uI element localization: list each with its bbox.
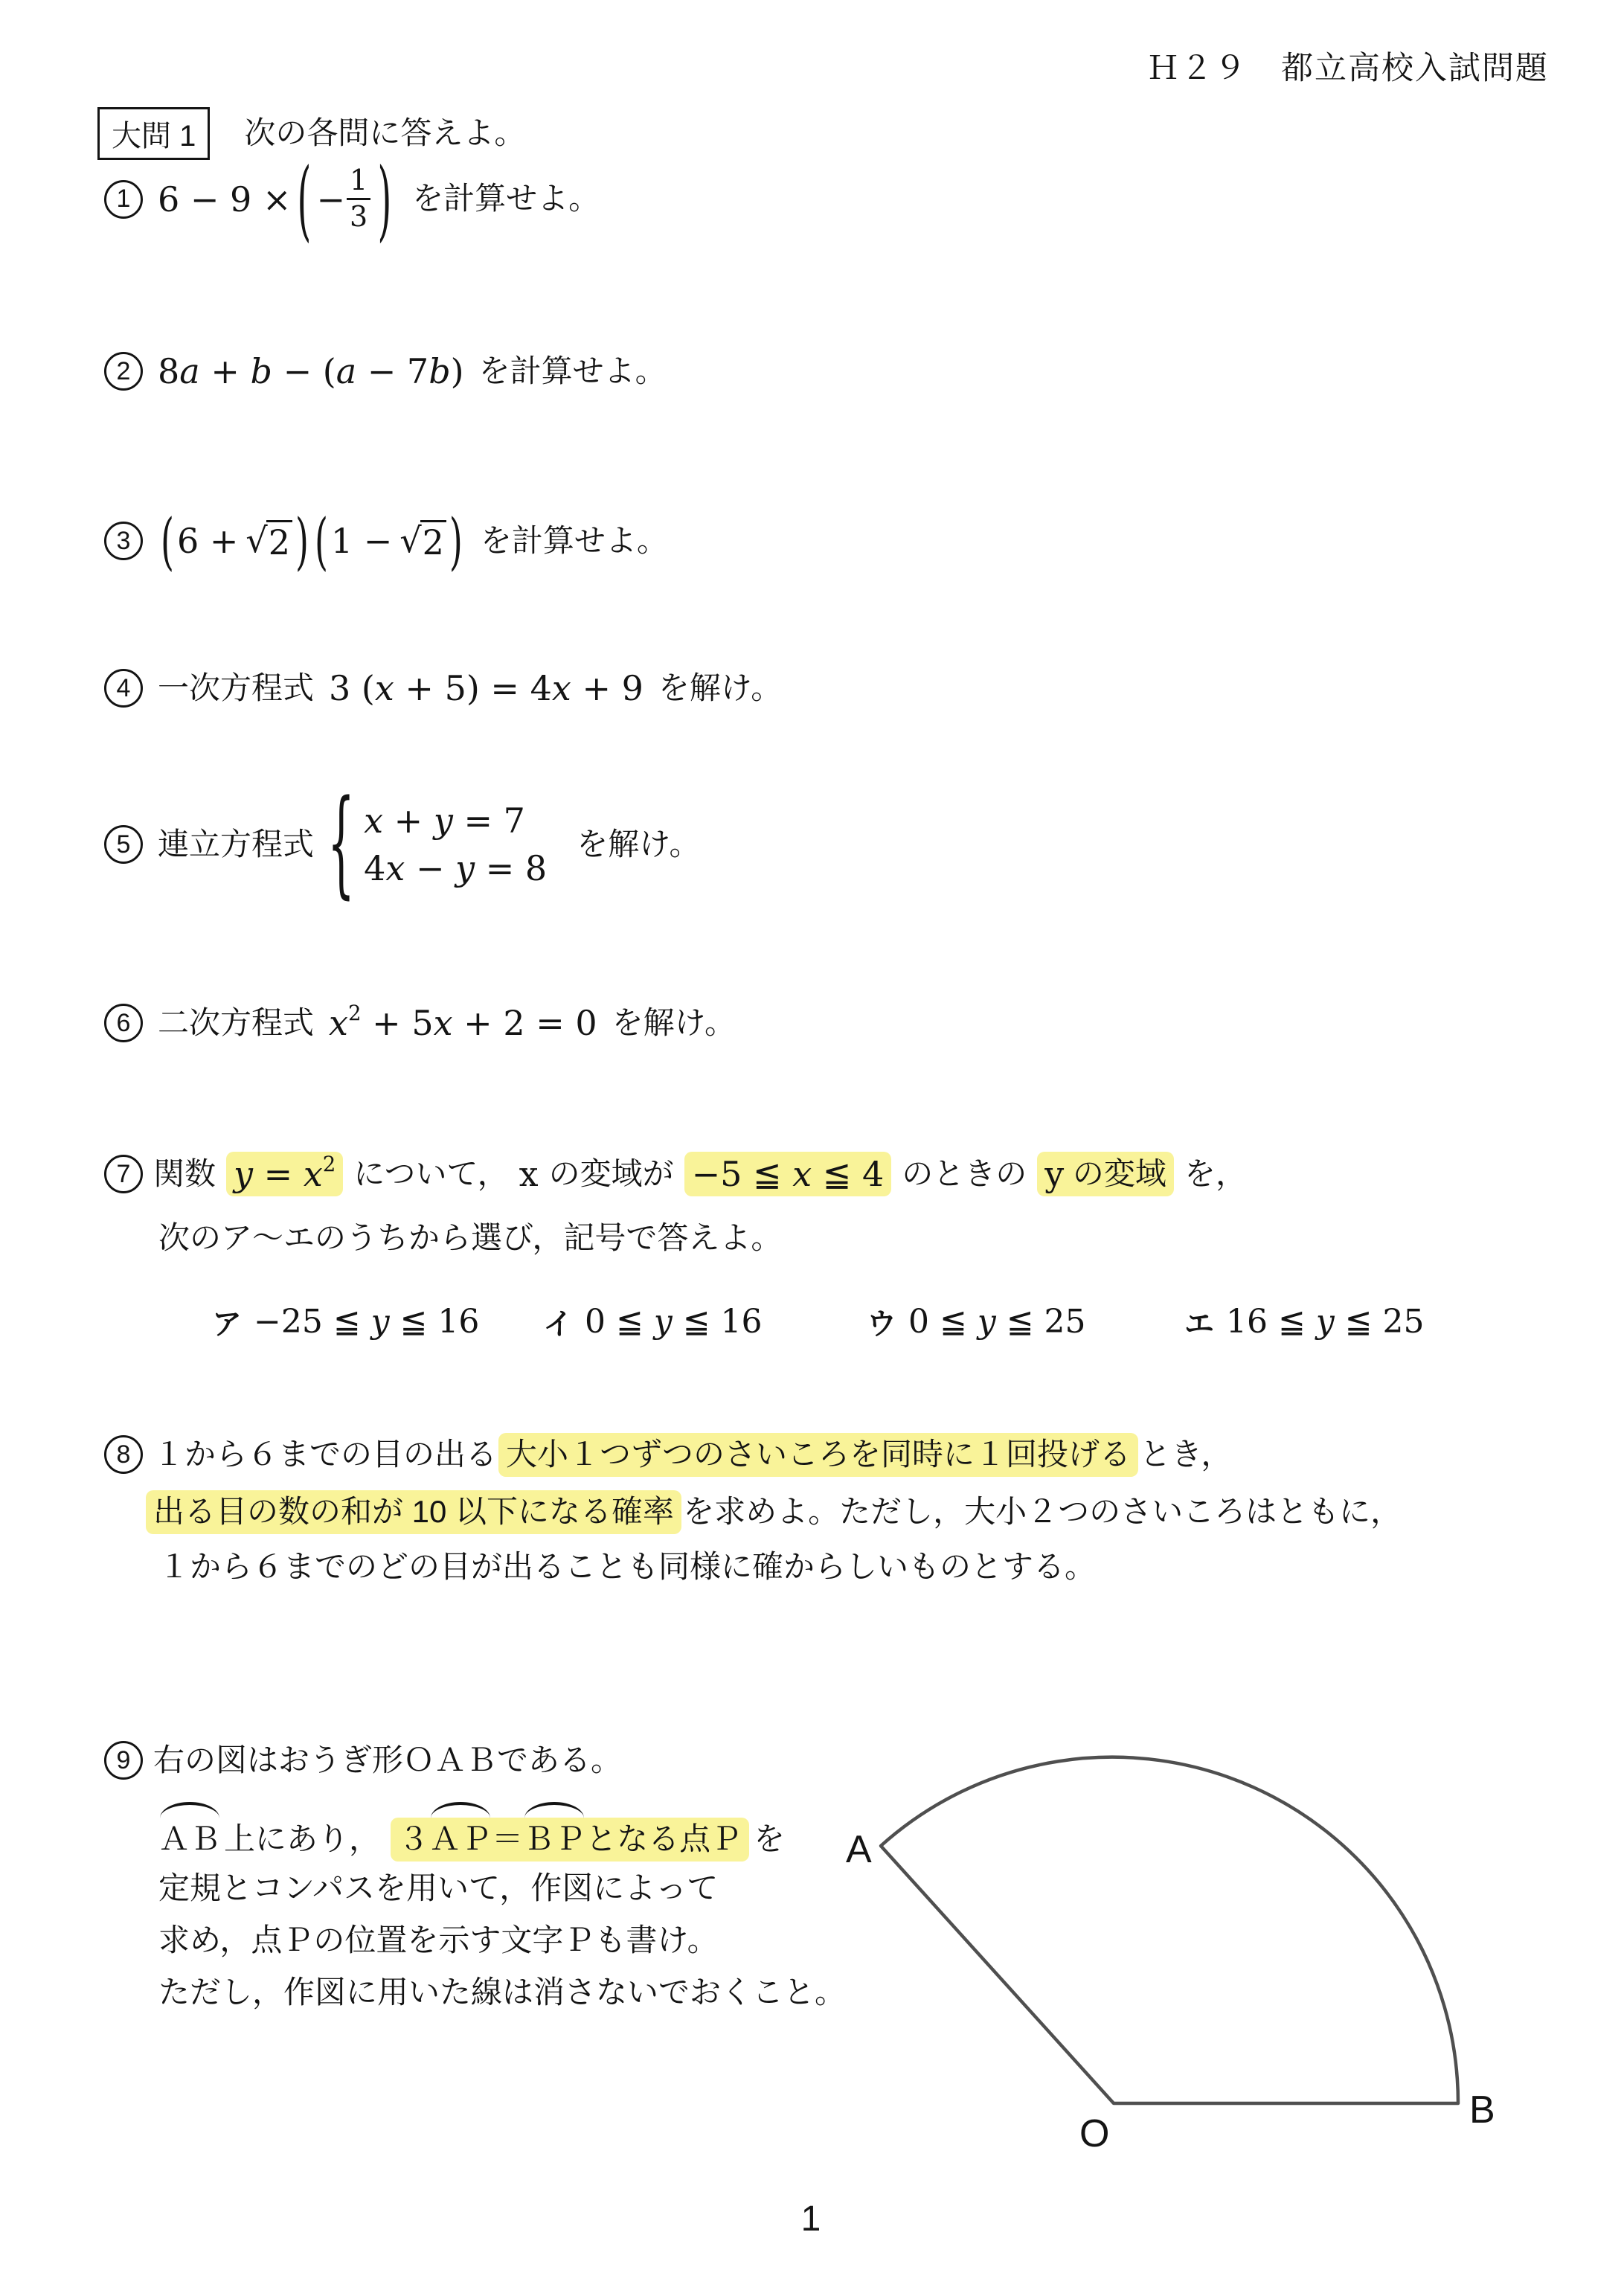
q4-suffix: を解け。 bbox=[658, 669, 782, 708]
question-9-line4: 求め，点Ｐの位置を示す文字Ｐも書け。 bbox=[158, 1921, 719, 1960]
section-instruction: 次の各問に答えよ。 bbox=[244, 114, 525, 153]
arc-symbol bbox=[431, 1802, 491, 1818]
question-7-line2: 次のア～エのうちから選び，記号で答えよ。 bbox=[158, 1219, 782, 1258]
math-token: = bbox=[253, 1154, 304, 1194]
q5-suffix: を解け。 bbox=[577, 825, 700, 865]
q9-text: ＝ bbox=[492, 1821, 523, 1856]
math-token: y bbox=[234, 1154, 253, 1194]
q3-suffix: を計算せよ。 bbox=[481, 522, 668, 561]
math-token: x bbox=[434, 1003, 453, 1043]
fraction: 1 3 bbox=[347, 164, 370, 234]
q7-option-u: ウ 0 ≦ y ≦ 25 bbox=[867, 1301, 1086, 1343]
math-token: −5 ≦ bbox=[692, 1154, 793, 1194]
q1-expression: 6 − 9 × ( − 1 3 ) bbox=[158, 164, 397, 234]
math-token: = 7 bbox=[453, 801, 525, 841]
q5-label: 連立方程式 bbox=[158, 825, 314, 865]
q9-highlight-condition: ３ＡＰ＝ＢＰとなる点Ｐ bbox=[391, 1818, 749, 1862]
math-token: y bbox=[978, 1303, 996, 1341]
question-3: 3 ( 6 + √ 2 ) ( 1 − √ 2 ) を計算せよ。 bbox=[104, 500, 668, 582]
option-label: ア bbox=[212, 1301, 242, 1343]
q7-text: のときの bbox=[902, 1155, 1027, 1194]
question-5-number: 5 bbox=[104, 825, 143, 864]
math-token: x bbox=[385, 848, 405, 888]
math-token: −25 ≦ bbox=[254, 1303, 371, 1341]
q7-text: について， bbox=[353, 1155, 508, 1194]
math-token: y bbox=[455, 848, 475, 888]
math-token: y bbox=[1316, 1303, 1335, 1341]
option-expression: 0 ≦ y ≦ 25 bbox=[908, 1303, 1086, 1341]
q9-text: 右の図はおうぎ形ＯＡＢである。 bbox=[153, 1741, 622, 1780]
q9-text: を bbox=[754, 1820, 785, 1859]
question-4: 4 一次方程式 3 ( x + 5) = 4 x + 9 を解け。 bbox=[104, 668, 782, 708]
q8-text: １から６までのどの目が出ることも同様に確からしいものとする。 bbox=[158, 1548, 1096, 1587]
sector-OAB-figure: A O B bbox=[815, 1730, 1536, 2221]
math-token: ≦ 25 bbox=[996, 1303, 1086, 1341]
option-label: イ bbox=[543, 1301, 573, 1343]
q9-text: ３ bbox=[398, 1821, 429, 1856]
math-token: 4 bbox=[364, 848, 385, 888]
exponent: 2 bbox=[323, 1152, 336, 1176]
q9-text: 定規とコンパスを用いて，作図によって bbox=[158, 1869, 718, 1908]
close-paren: ) bbox=[378, 148, 392, 251]
q9-text: 上にあり， bbox=[224, 1820, 380, 1859]
sqrt-radicand: 2 bbox=[420, 520, 446, 562]
arc-AP: ＡＰ bbox=[429, 1820, 492, 1859]
math-token: x bbox=[552, 668, 571, 708]
question-2: 2 8 a + b − ( a − 7 b ) を計算せよ。 bbox=[104, 351, 667, 391]
q7-x-variable: x bbox=[519, 1154, 539, 1194]
question-1-number: 1 bbox=[104, 180, 143, 219]
arc-BP: ＢＰ bbox=[523, 1820, 585, 1859]
figure-label-A: A bbox=[846, 1828, 872, 1871]
close-paren: ) bbox=[295, 504, 309, 577]
q7-text: の変域が bbox=[549, 1155, 674, 1194]
q7-label: 関数 bbox=[153, 1155, 216, 1194]
q9-text: ＡＰ bbox=[429, 1821, 492, 1856]
open-paren: ( bbox=[297, 148, 311, 251]
question-1: 1 6 − 9 × ( − 1 3 ) を計算せよ。 bbox=[104, 153, 600, 246]
math-token: x bbox=[304, 1154, 323, 1194]
exponent: 2 bbox=[348, 1001, 362, 1025]
open-paren: ( bbox=[315, 504, 328, 577]
q7-option-a: ア −25 ≦ y ≦ 16 bbox=[212, 1301, 479, 1343]
question-7-line1: 7 関数 y = x 2 について， x の変域が −5 ≦ x ≦ 4 のとき… bbox=[104, 1152, 1247, 1196]
math-token: x bbox=[792, 1154, 812, 1194]
q9-text: ただし，作図に用いた線は消さないでおくこと。 bbox=[158, 1973, 846, 2013]
math-token: y bbox=[654, 1303, 673, 1341]
math-token: 3 ( bbox=[329, 668, 375, 708]
question-8-line2: 出る目の数の和が 10 以下になる確率 を求めよ。ただし，大小２つのさいころはと… bbox=[146, 1490, 1402, 1534]
math-token: + 5 bbox=[362, 1003, 434, 1043]
q2-expression: 8 a + b − ( a − 7 b ) bbox=[158, 351, 464, 391]
math-token: 16 ≦ bbox=[1226, 1303, 1316, 1341]
math-token: − 7 bbox=[356, 351, 429, 391]
question-8-number: 8 bbox=[104, 1435, 143, 1474]
q6-expression: x 2 + 5 x + 2 = 0 bbox=[329, 1003, 597, 1043]
math-token: a bbox=[179, 351, 199, 391]
question-3-number: 3 bbox=[104, 522, 143, 560]
question-9-line3: 定規とコンパスを用いて，作図によって bbox=[158, 1869, 718, 1908]
math-token: 8 bbox=[158, 351, 179, 391]
question-9-line2: ＡＢ 上にあり， ３ＡＰ＝ＢＰとなる点Ｐ を bbox=[158, 1818, 785, 1862]
q7-highlight-domain: −5 ≦ x ≦ 4 bbox=[684, 1152, 892, 1196]
question-5: 5 連立方程式 { x + y = 7 4x − y = 8 を解け。 bbox=[104, 785, 701, 904]
system-brace: { bbox=[327, 777, 354, 911]
q8-highlight-dice: 大小１つずつのさいころを同時に１回投げる bbox=[498, 1433, 1138, 1477]
q6-label: 二次方程式 bbox=[158, 1004, 314, 1043]
q9-text: ＡＢ bbox=[158, 1821, 221, 1856]
q1-suffix: を計算せよ。 bbox=[412, 179, 600, 219]
q7-text: の変域 bbox=[1064, 1155, 1166, 1194]
option-expression: −25 ≦ y ≦ 16 bbox=[254, 1303, 479, 1341]
q6-suffix: を解け。 bbox=[612, 1004, 736, 1043]
math-token: 0 ≦ bbox=[908, 1303, 978, 1341]
q7-option-i: イ 0 ≦ y ≦ 16 bbox=[543, 1301, 763, 1343]
option-label: ウ bbox=[867, 1301, 896, 1343]
math-token: y bbox=[1044, 1154, 1064, 1194]
question-6: 6 二次方程式 x 2 + 5 x + 2 = 0 を解け。 bbox=[104, 1003, 736, 1043]
sector-outline bbox=[881, 1757, 1458, 2103]
option-expression: 0 ≦ y ≦ 16 bbox=[585, 1303, 763, 1341]
arc-symbol bbox=[524, 1802, 585, 1818]
close-paren: ) bbox=[449, 504, 463, 577]
question-6-number: 6 bbox=[104, 1004, 143, 1042]
math-token: ≦ 25 bbox=[1335, 1303, 1425, 1341]
math-token: a bbox=[336, 351, 356, 391]
system-equations: x + y = 7 4x − y = 8 bbox=[364, 801, 547, 888]
question-8-line1: 8 １から６までの目の出る 大小１つずつのさいころを同時に１回投げる とき， bbox=[104, 1433, 1232, 1477]
math-token: − ( bbox=[272, 351, 336, 391]
math-token: 0 ≦ bbox=[585, 1303, 654, 1341]
question-7-number: 7 bbox=[104, 1155, 143, 1193]
exam-page: Ｈ２９ 都立高校入試問題 大問 1 次の各問に答えよ。 1 6 − 9 × ( … bbox=[0, 0, 1624, 2296]
math-token: x bbox=[375, 668, 394, 708]
math-token: + 5) = 4 bbox=[394, 668, 552, 708]
q8-text: を求めよ。ただし，大小２つのさいころはともに， bbox=[683, 1492, 1402, 1532]
math-token: + 2 = 0 bbox=[453, 1003, 597, 1043]
math-token: y bbox=[434, 801, 453, 841]
arc-symbol bbox=[160, 1802, 220, 1818]
fraction-denominator: 3 bbox=[347, 198, 370, 234]
q8-highlight-probability: 出る目の数の和が 10 以下になる確率 bbox=[146, 1490, 681, 1534]
q4-label: 一次方程式 bbox=[158, 669, 314, 708]
math-token: ) bbox=[451, 351, 464, 391]
q9-text: となる点Ｐ bbox=[585, 1821, 742, 1856]
math-token: + bbox=[383, 801, 434, 841]
sqrt-sign: √ bbox=[245, 520, 267, 560]
q4-expression: 3 ( x + 5) = 4 x + 9 bbox=[329, 668, 643, 708]
math-token: x bbox=[364, 801, 383, 841]
question-2-number: 2 bbox=[104, 352, 143, 391]
q9-text: 求め，点Ｐの位置を示す文字Ｐも書け。 bbox=[158, 1921, 719, 1960]
q8-text: とき， bbox=[1140, 1435, 1232, 1475]
math-token: y bbox=[371, 1303, 390, 1341]
q7-option-e: エ 16 ≦ y ≦ 25 bbox=[1184, 1301, 1425, 1343]
question-9-line1: 9 右の図はおうぎ形ＯＡＢである。 bbox=[104, 1741, 622, 1780]
option-label: エ bbox=[1184, 1301, 1214, 1343]
q7-text: を， bbox=[1184, 1155, 1247, 1194]
page-header-title: Ｈ２９ 都立高校入試問題 bbox=[1147, 43, 1549, 89]
equation-2: 4x − y = 8 bbox=[364, 848, 547, 888]
question-8-line3: １から６までのどの目が出ることも同様に確からしいものとする。 bbox=[158, 1548, 1096, 1587]
math-token: − bbox=[405, 848, 455, 888]
open-paren: ( bbox=[161, 504, 174, 577]
q2-suffix: を計算せよ。 bbox=[479, 352, 667, 391]
math-token: b bbox=[429, 351, 450, 391]
math-token: ≦ 16 bbox=[390, 1303, 480, 1341]
question-9-line5: ただし，作図に用いた線は消さないでおくこと。 bbox=[158, 1973, 846, 2013]
q7-line2-text: 次のア～エのうちから選び，記号で答えよ。 bbox=[158, 1219, 782, 1258]
arc-AB: ＡＢ bbox=[158, 1820, 221, 1859]
q5-system: { x + y = 7 4x − y = 8 bbox=[329, 801, 547, 888]
figure-label-B: B bbox=[1469, 2088, 1495, 2132]
math-token: ≦ 16 bbox=[673, 1303, 763, 1341]
option-expression: 16 ≦ y ≦ 25 bbox=[1226, 1303, 1425, 1341]
math-token: b bbox=[251, 351, 272, 391]
q9-text: ＢＰ bbox=[523, 1821, 585, 1856]
q3-expression: ( 6 + √ 2 ) ( 1 − √ 2 ) bbox=[158, 520, 466, 562]
math-token: = 8 bbox=[475, 848, 547, 888]
math-token: + 9 bbox=[571, 668, 643, 708]
sqrt-radicand: 2 bbox=[266, 520, 292, 562]
question-9-number: 9 bbox=[104, 1741, 143, 1780]
question-4-number: 4 bbox=[104, 669, 143, 708]
q7-highlight-range: y の変域 bbox=[1037, 1152, 1174, 1196]
math-token: 6 + bbox=[177, 521, 238, 561]
math-token: 6 − 9 × bbox=[158, 179, 292, 219]
equation-1: x + y = 7 bbox=[364, 801, 525, 841]
math-token: x bbox=[329, 1003, 348, 1043]
math-token: + bbox=[200, 351, 251, 391]
math-token: 1 − bbox=[331, 521, 392, 561]
sqrt: √ 2 bbox=[245, 520, 292, 562]
math-token: ≦ 4 bbox=[812, 1154, 884, 1194]
sqrt-sign: √ bbox=[399, 520, 421, 560]
page-number: 1 bbox=[774, 2199, 848, 2239]
sqrt: √ 2 bbox=[399, 520, 446, 562]
math-token: − bbox=[316, 179, 345, 219]
figure-label-O: O bbox=[1079, 2112, 1109, 2155]
q8-text: １から６までの目の出る bbox=[153, 1435, 497, 1475]
fraction-numerator: 1 bbox=[347, 164, 370, 198]
q7-highlight-function: y = x 2 bbox=[226, 1152, 343, 1196]
